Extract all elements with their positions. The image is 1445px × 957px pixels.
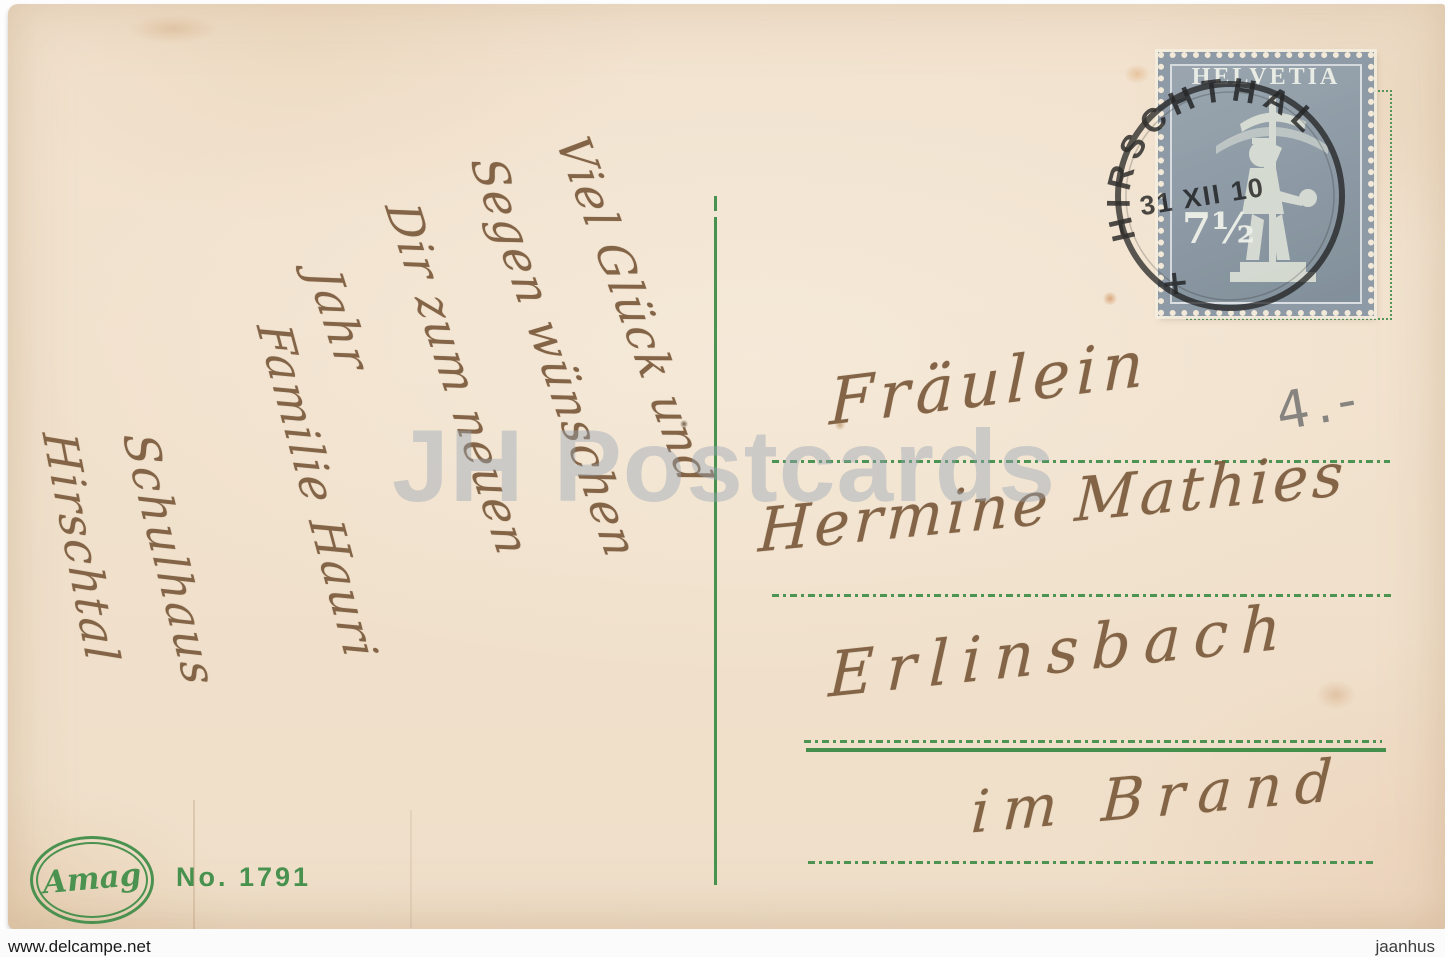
pencil-price-note: 4.- — [1271, 369, 1366, 443]
publisher-card-number: No. 1791 — [176, 862, 311, 893]
postmark-hirschthal: HIRSCHTHAL 31 XII 10 + — [1087, 53, 1373, 339]
crease-mark — [410, 810, 412, 928]
foxing-spot — [128, 14, 218, 44]
scanned-postcard-photo: HELVETIA 7½ — [0, 0, 1445, 957]
address-line-2 — [772, 594, 1392, 597]
publisher-logo-oval: Amag — [30, 836, 154, 924]
center-divider-line-top — [714, 196, 717, 211]
address-line-3 — [804, 740, 1382, 743]
postmark-date: 31 XII 10 — [1138, 172, 1267, 221]
seller-name: jaanhus — [1375, 937, 1435, 957]
postmark-town: HIRSCHTHAL — [1087, 60, 1340, 245]
foxing-spot — [1316, 680, 1356, 710]
message-sender-address-2: Hirschtal — [31, 432, 131, 663]
postmark-swiss-cross: + — [1159, 262, 1192, 305]
site-watermark: JH Postcards — [392, 408, 1056, 525]
message-sender-line: Familie Hauri — [245, 322, 389, 661]
center-divider-line — [714, 217, 717, 885]
scan-footer-strip: www.delcampe.net jaanhus — [0, 929, 1445, 957]
address-locality: im Brand — [969, 745, 1347, 846]
marketplace-url: www.delcampe.net — [8, 937, 151, 957]
address-line-4 — [808, 861, 1374, 864]
postcard-back: HELVETIA 7½ — [8, 4, 1445, 930]
svg-text:HIRSCHTHAL: HIRSCHTHAL — [1087, 60, 1340, 245]
address-town: Erlinsbach — [827, 589, 1295, 712]
crease-mark — [193, 800, 195, 930]
publisher-logo-text: Amag — [32, 856, 153, 902]
message-sender-address-1: Schulhaus — [111, 432, 228, 688]
